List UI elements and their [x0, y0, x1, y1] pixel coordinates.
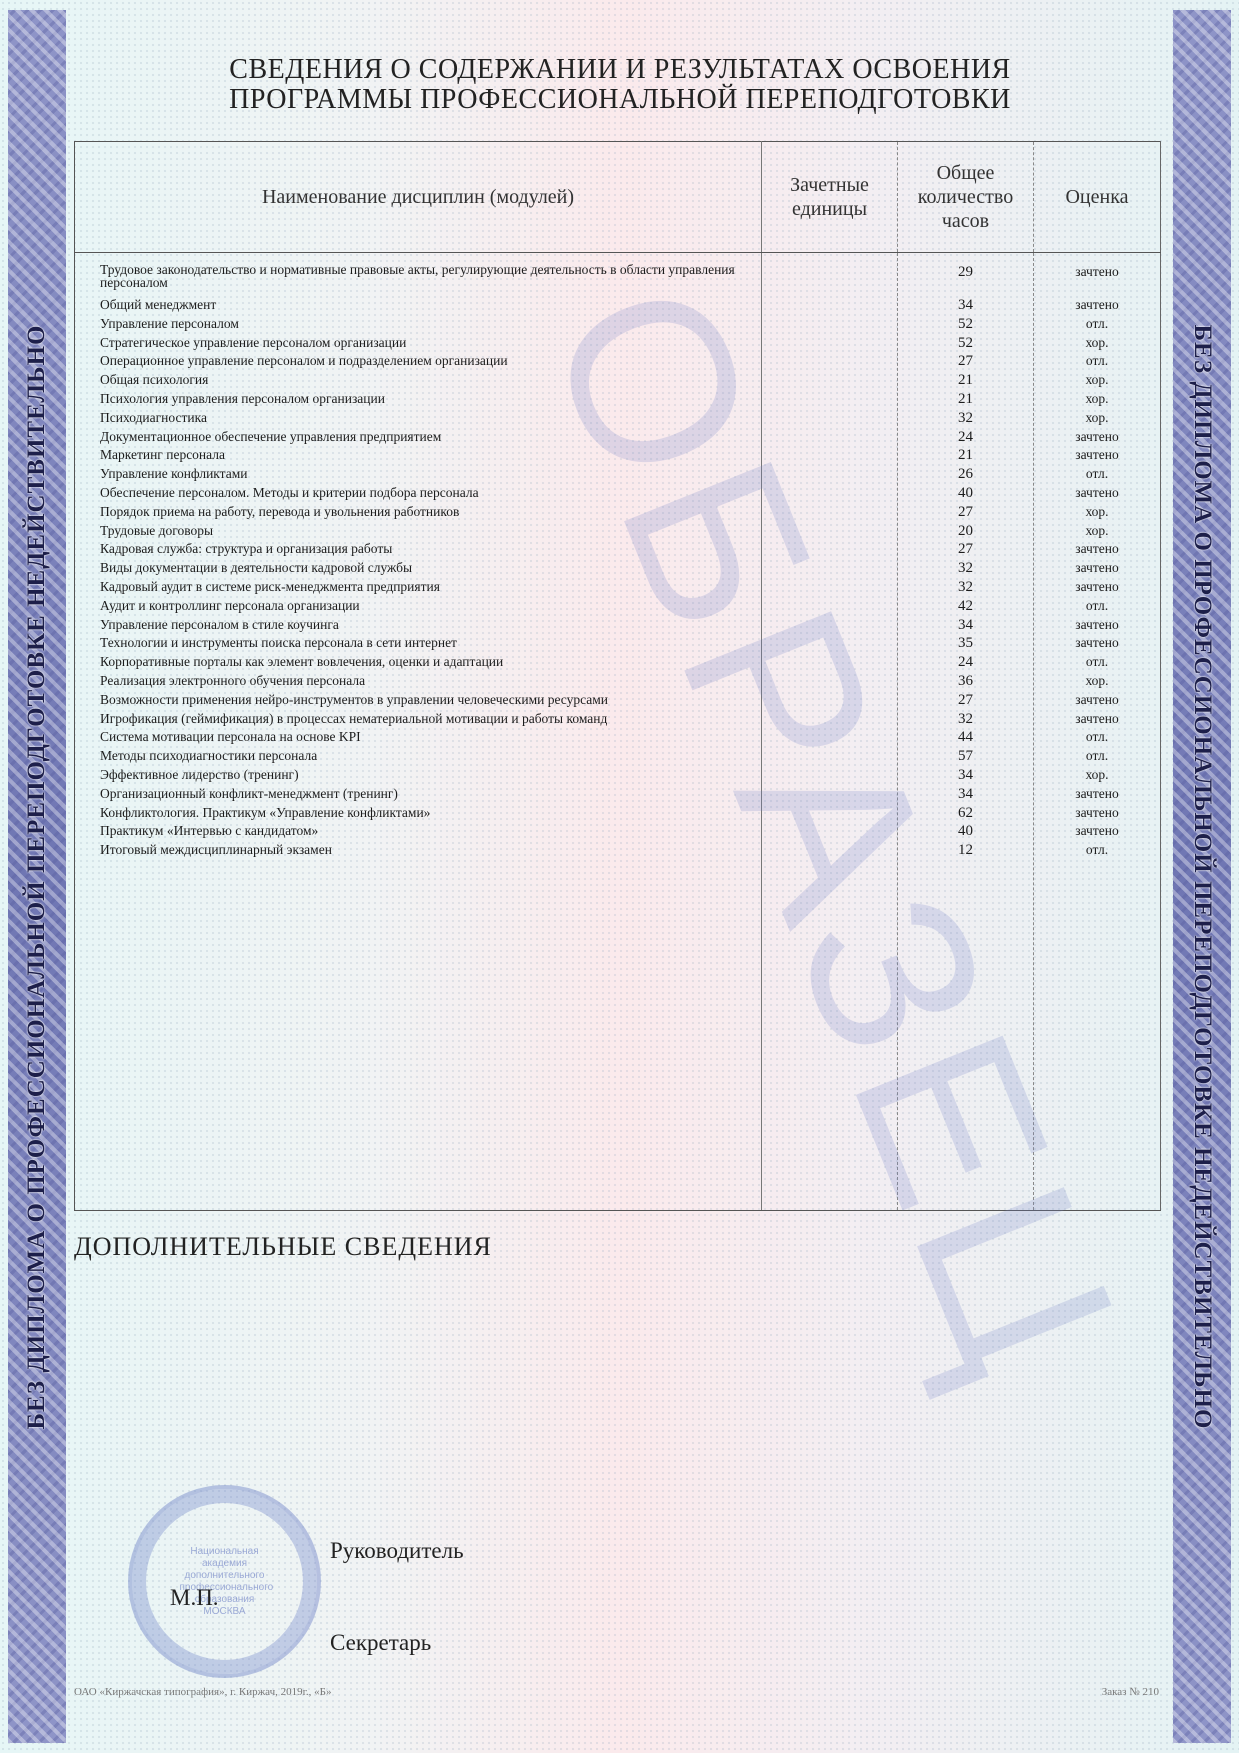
discipline-hours: 32: [899, 409, 1032, 428]
discipline-name: Эффективное лидерство (тренинг): [100, 766, 760, 785]
discipline-name: Психология управления персоналом организ…: [100, 390, 760, 409]
right-border-text: БЕЗ ДИПЛОМА О ПРОФЕССИОНАЛЬНОЙ ПЕРЕПОДГО…: [1188, 324, 1216, 1429]
discipline-hours: 34: [899, 785, 1032, 804]
discipline-grade: зачтено: [1035, 540, 1159, 559]
discipline-name: Итоговый междисциплинарный экзамен: [100, 841, 760, 860]
discipline-name: Аудит и контроллинг персонала организаци…: [100, 597, 760, 616]
discipline-name: Конфликтология. Практикум «Управление ко…: [100, 804, 760, 823]
discipline-grade: хор.: [1035, 672, 1159, 691]
discipline-hours: 34: [899, 616, 1032, 635]
discipline-hours: 34: [899, 296, 1032, 315]
discipline-hours: 40: [899, 484, 1032, 503]
title-line-1: СВЕДЕНИЯ О СОДЕРЖАНИИ И РЕЗУЛЬТАТАХ ОСВО…: [150, 55, 1090, 85]
discipline-name: Корпоративные порталы как элемент вовлеч…: [100, 653, 760, 672]
disciplines-table: Наименование дисциплин (модулей) Зачетны…: [74, 141, 1161, 1211]
discipline-hours: 20: [899, 522, 1032, 541]
discipline-grade: хор.: [1035, 766, 1159, 785]
head-signature-label: Руководитель: [330, 1538, 464, 1564]
discipline-hours: 57: [899, 747, 1032, 766]
discipline-name: Стратегическое управление персоналом орг…: [100, 334, 760, 353]
discipline-grade: хор.: [1035, 334, 1159, 353]
discipline-grade: отл.: [1035, 315, 1159, 334]
discipline-names-cell: Трудовое законодательство и нормативные …: [75, 253, 762, 1211]
discipline-name: Виды документации в деятельности кадрово…: [100, 559, 760, 578]
hours-cell: 2934525227212132242126402720273232423435…: [898, 253, 1034, 1211]
discipline-grade: зачтено: [1035, 710, 1159, 729]
grades-cell: зачтенозачтеноотл.хор.отл.хор.хор.хор.за…: [1034, 253, 1161, 1211]
discipline-hours: 62: [899, 804, 1032, 823]
discipline-name: Обеспечение персоналом. Методы и критери…: [100, 484, 760, 503]
header-credits-line2: единицы: [763, 197, 896, 221]
discipline-hours: 21: [899, 446, 1032, 465]
discipline-grade: отл.: [1035, 653, 1159, 672]
discipline-grade: зачтено: [1035, 578, 1159, 597]
discipline-hours: 36: [899, 672, 1032, 691]
discipline-name: Методы психодиагностики персонала: [100, 747, 760, 766]
discipline-grade: отл.: [1035, 465, 1159, 484]
seal-place-label: М.П.: [170, 1585, 219, 1611]
left-security-border: БЕЗ ДИПЛОМА О ПРОФЕССИОНАЛЬНОЙ ПЕРЕПОДГО…: [8, 10, 66, 1743]
discipline-names-list: Трудовое законодательство и нормативные …: [76, 263, 760, 860]
discipline-grade: зачтено: [1035, 634, 1159, 653]
discipline-hours: 42: [899, 597, 1032, 616]
discipline-grade: зачтено: [1035, 484, 1159, 503]
discipline-name: Реализация электронного обучения персона…: [100, 672, 760, 691]
discipline-hours: 32: [899, 559, 1032, 578]
discipline-name: Возможности применения нейро-инструменто…: [100, 691, 760, 710]
discipline-hours: 27: [899, 352, 1032, 371]
discipline-grade: зачтено: [1035, 559, 1159, 578]
discipline-hours: 44: [899, 728, 1032, 747]
discipline-grade: зачтено: [1035, 446, 1159, 465]
discipline-grade: зачтено: [1035, 822, 1159, 841]
additional-info-heading: ДОПОЛНИТЕЛЬНЫЕ СВЕДЕНИЯ: [74, 1232, 492, 1262]
discipline-grade: хор.: [1035, 503, 1159, 522]
discipline-name: Трудовое законодательство и нормативные …: [100, 263, 760, 296]
discipline-name: Управление персоналом в стиле коучинга: [100, 616, 760, 635]
discipline-hours: 21: [899, 371, 1032, 390]
discipline-grade: зачтено: [1035, 804, 1159, 823]
discipline-name: Маркетинг персонала: [100, 446, 760, 465]
discipline-grade: отл.: [1035, 841, 1159, 860]
discipline-hours: 32: [899, 710, 1032, 729]
header-total-hours: Общее количество часов: [898, 142, 1034, 253]
discipline-grade: хор.: [1035, 522, 1159, 541]
header-hours-line3: часов: [899, 209, 1032, 233]
discipline-hours: 32: [899, 578, 1032, 597]
discipline-hours: 27: [899, 691, 1032, 710]
discipline-hours: 29: [899, 263, 1032, 296]
header-credits-line1: Зачетные: [763, 173, 896, 197]
discipline-hours: 34: [899, 766, 1032, 785]
header-discipline-name: Наименование дисциплин (модулей): [75, 142, 762, 253]
discipline-name: Общий менеджмент: [100, 296, 760, 315]
title-line-2: ПРОГРАММЫ ПРОФЕССИОНАЛЬНОЙ ПЕРЕПОДГОТОВК…: [150, 85, 1090, 115]
discipline-name: Кадровая служба: структура и организация…: [100, 540, 760, 559]
discipline-name: Трудовые договоры: [100, 522, 760, 541]
discipline-grade: отл.: [1035, 352, 1159, 371]
discipline-grade: хор.: [1035, 371, 1159, 390]
discipline-hours: 12: [899, 841, 1032, 860]
discipline-hours: 24: [899, 428, 1032, 447]
header-grade: Оценка: [1034, 142, 1161, 253]
discipline-name: Управление персоналом: [100, 315, 760, 334]
header-credits: Зачетные единицы: [762, 142, 898, 253]
discipline-name: Психодиагностика: [100, 409, 760, 428]
discipline-name: Общая психология: [100, 371, 760, 390]
credits-cell: [762, 253, 898, 1211]
grades-list: зачтенозачтеноотл.хор.отл.хор.хор.хор.за…: [1035, 263, 1159, 860]
discipline-name: Организационный конфликт-менеджмент (тре…: [100, 785, 760, 804]
header-hours-line2: количество: [899, 185, 1032, 209]
discipline-name: Кадровый аудит в системе риск-менеджмент…: [100, 578, 760, 597]
printer-imprint: ОАО «Киржачская типография», г. Киржач, …: [74, 1686, 332, 1698]
official-seal: Национальная академия дополнительного пр…: [128, 1485, 321, 1678]
discipline-name: Управление конфликтами: [100, 465, 760, 484]
discipline-grade: зачтено: [1035, 428, 1159, 447]
discipline-hours: 52: [899, 315, 1032, 334]
header-hours-line1: Общее: [899, 161, 1032, 185]
discipline-grade: зачтено: [1035, 263, 1159, 296]
discipline-hours: 35: [899, 634, 1032, 653]
table-header-row: Наименование дисциплин (модулей) Зачетны…: [75, 142, 1161, 253]
discipline-hours: 27: [899, 503, 1032, 522]
discipline-grade: отл.: [1035, 728, 1159, 747]
order-number: Заказ № 210: [1102, 1686, 1159, 1698]
left-border-text: БЕЗ ДИПЛОМА О ПРОФЕССИОНАЛЬНОЙ ПЕРЕПОДГО…: [23, 324, 51, 1429]
discipline-name: Документационное обеспечение управления …: [100, 428, 760, 447]
table-body: Трудовое законодательство и нормативные …: [75, 253, 1161, 1211]
discipline-hours: 26: [899, 465, 1032, 484]
discipline-grade: зачтено: [1035, 296, 1159, 315]
discipline-name: Система мотивации персонала на основе KP…: [100, 728, 760, 747]
discipline-name: Игрофикация (геймификация) в процессах н…: [100, 710, 760, 729]
discipline-hours: 21: [899, 390, 1032, 409]
discipline-grade: отл.: [1035, 747, 1159, 766]
discipline-grade: зачтено: [1035, 785, 1159, 804]
hours-list: 2934525227212132242126402720273232423435…: [899, 263, 1032, 860]
discipline-name: Технологии и инструменты поиска персонал…: [100, 634, 760, 653]
page-title: СВЕДЕНИЯ О СОДЕРЖАНИИ И РЕЗУЛЬТАТАХ ОСВО…: [150, 55, 1090, 115]
discipline-grade: отл.: [1035, 597, 1159, 616]
discipline-grade: хор.: [1035, 390, 1159, 409]
discipline-hours: 24: [899, 653, 1032, 672]
discipline-name: Операционное управление персоналом и под…: [100, 352, 760, 371]
discipline-grade: зачтено: [1035, 616, 1159, 635]
discipline-name: Практикум «Интервью с кандидатом»: [100, 822, 760, 841]
discipline-hours: 52: [899, 334, 1032, 353]
discipline-hours: 40: [899, 822, 1032, 841]
discipline-hours: 27: [899, 540, 1032, 559]
discipline-grade: хор.: [1035, 409, 1159, 428]
discipline-name: Порядок приема на работу, перевода и уво…: [100, 503, 760, 522]
secretary-signature-label: Секретарь: [330, 1630, 431, 1656]
right-security-border: БЕЗ ДИПЛОМА О ПРОФЕССИОНАЛЬНОЙ ПЕРЕПОДГО…: [1173, 10, 1231, 1743]
discipline-grade: зачтено: [1035, 691, 1159, 710]
